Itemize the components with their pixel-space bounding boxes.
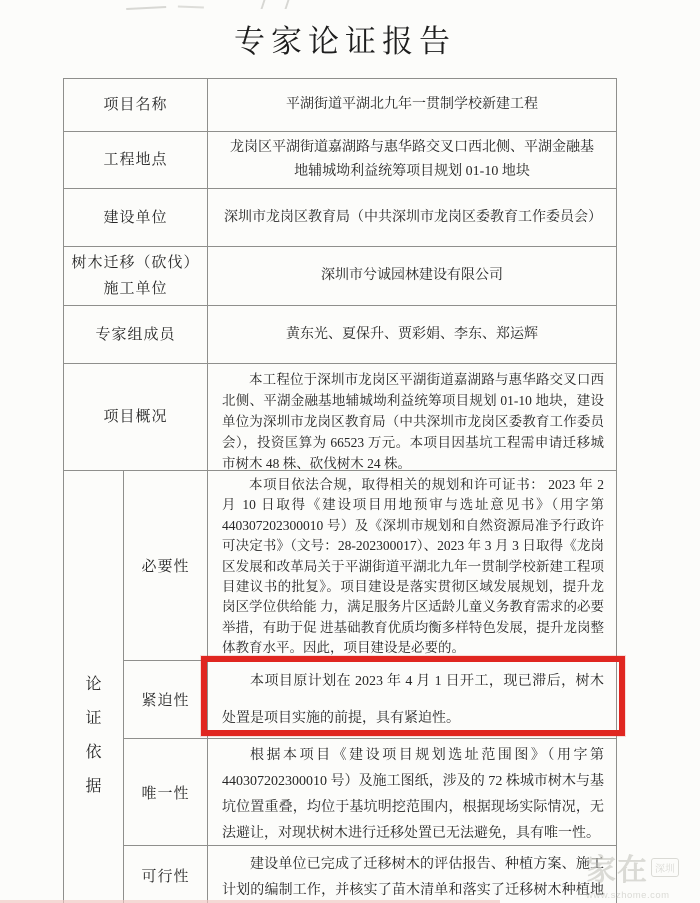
document-page: 专家论证报告 项目名称 平湖街道平湖北九年一贯制学校新建工程 工程地点 龙岗区平…	[0, 0, 700, 903]
row-label-necessity: 必要性	[124, 471, 208, 661]
section-label-vertical-text: 论 证 依 据	[85, 671, 101, 796]
row-label-project-location: 工程地点	[64, 132, 208, 189]
row-value-expert-panel: 黄东光、夏保升、贾彩娟、李东、郑运辉	[208, 306, 616, 364]
row-value-feasibility: 建设单位已完成了迁移树木的评估报告、种植方案、施工计划的编制工作，并核实了苗木清…	[208, 846, 616, 903]
scan-artifact-mark	[126, 0, 166, 10]
report-table: 项目名称 平湖街道平湖北九年一贯制学校新建工程 工程地点 龙岗区平湖街道嘉湖路与…	[63, 78, 617, 903]
section-label-char: 依	[85, 739, 101, 762]
row-label-feasibility: 可行性	[124, 846, 208, 903]
row-value-project-location: 龙岗区平湖街道嘉湖路与惠华路交叉口西北侧、平湖金融基地辅城坳利益统筹项目规划 0…	[208, 132, 616, 189]
row-label-construction-unit: 建设单位	[64, 189, 208, 247]
page-title: 专家论证报告	[0, 16, 690, 61]
row-label-uniqueness: 唯一性	[124, 739, 208, 846]
watermark-url: www.szhome.com	[586, 890, 700, 901]
section-label-char: 证	[85, 705, 101, 728]
scan-artifact-mark	[178, 0, 204, 8]
scan-artifact-mark	[261, 0, 290, 9]
watermark-city-badge: 深圳	[651, 858, 679, 877]
row-label-line1: 树木迁移（砍伐）	[71, 250, 199, 276]
row-value-necessity: 本项目依法合规，取得相关的规划和许可证书： 2023 年 2 月 10 日取得《…	[208, 471, 616, 661]
section-label-char: 论	[85, 671, 101, 694]
row-label-line2: 施工单位	[103, 276, 167, 302]
row-label-project-name: 项目名称	[64, 79, 208, 132]
row-value-project-name: 平湖街道平湖北九年一贯制学校新建工程	[208, 79, 616, 132]
red-highlight-box	[201, 656, 625, 736]
row-value-project-overview: 本工程位于深圳市龙岗区平湖街道嘉湖路与惠华路交叉口西北侧、平湖金融基地辅城坳利益…	[208, 364, 616, 471]
watermark-brand-text: 家在	[586, 845, 648, 889]
section-label-argument-basis: 论 证 依 据	[64, 471, 124, 903]
row-label-project-overview: 项目概况	[64, 364, 208, 471]
section-label-char: 据	[85, 773, 101, 796]
row-label-expert-panel: 专家组成员	[64, 306, 208, 364]
row-label-urgency: 紧迫性	[124, 661, 208, 739]
row-value-construction-unit: 深圳市龙岗区教育局（中共深圳市龙岗区委教育工作委员会）	[208, 189, 616, 247]
row-value-uniqueness: 根据本项目《建设项目规划选址范围图》（用字第 440307202300010 号…	[208, 739, 616, 846]
watermark: 家在 深圳 www.szhome.com	[586, 845, 700, 901]
row-label-tree-relocation-unit: 树木迁移（砍伐） 施工单位	[64, 247, 208, 306]
row-value-tree-relocation-unit: 深圳市兮诚园林建设有限公司	[208, 247, 616, 306]
